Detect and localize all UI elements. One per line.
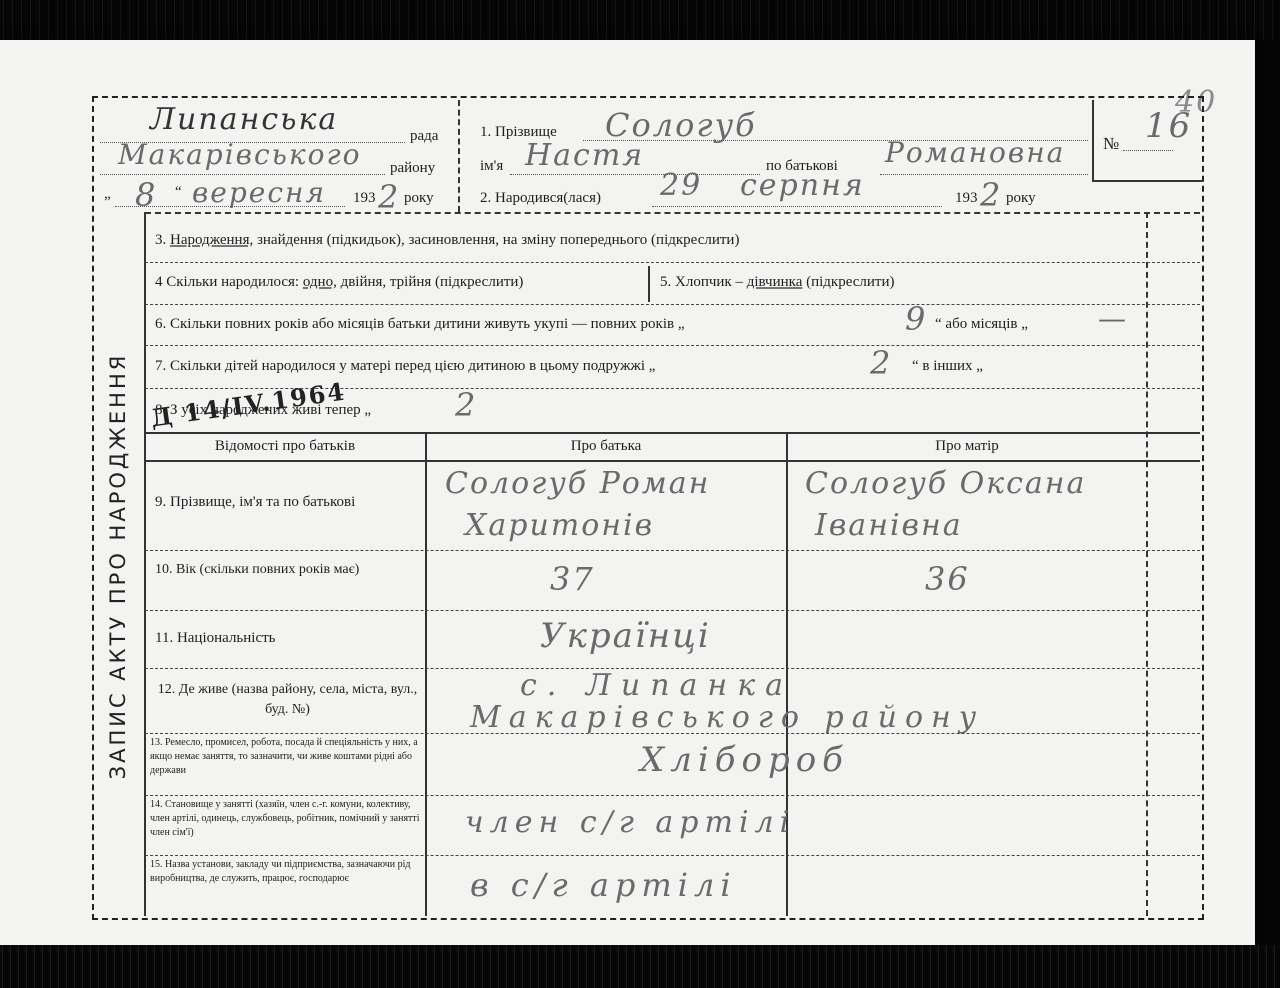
district-label: району [390, 160, 435, 177]
side-title: ЗАПИС АКТУ ПРО НАРОДЖЕННЯ [106, 353, 130, 780]
table-header-mother: Про матір [792, 438, 1142, 455]
row5-text: 5. Хлопчик – дівчинка (підкреслити) [660, 274, 895, 291]
date-line [115, 206, 345, 207]
district-value: Макарівського [118, 138, 361, 171]
name-label: ім'я [480, 158, 503, 175]
row4-prefix: 4 Скільки народилося: [155, 274, 299, 290]
row4-5-divider [648, 266, 650, 302]
record-year-suffix: 2 [378, 178, 400, 216]
row-divider [145, 432, 1200, 434]
row11-label: 11. Національність [155, 630, 276, 647]
row9-father-line1: Сологуб Роман [445, 466, 710, 501]
born-year-prefix: 193 [955, 190, 978, 207]
born-date-line [652, 206, 942, 207]
record-month: вересня [192, 176, 326, 209]
row6-label: 6. Скільки повних років або місяців бать… [155, 316, 684, 333]
record-year-prefix: 193 [353, 190, 376, 207]
row12-address-line1: с. Липанка [520, 668, 793, 703]
row15-workplace: в с/г артілі [470, 866, 737, 904]
row9-label: 9. Прізвище, ім'я та по батькові [155, 494, 355, 511]
row4-text: 4 Скільки народилося: одно, двійня, трій… [155, 274, 523, 291]
record-number-label: № [1103, 134, 1119, 154]
row14-status: член с/г артілі [465, 805, 795, 840]
record-number-line [1123, 150, 1173, 151]
row-divider [145, 345, 1200, 346]
table-col-divider [425, 432, 427, 916]
row3-text: 3. Народження, знайдення (підкидьок), за… [155, 232, 739, 249]
born-year-suffix: 2 [980, 176, 1002, 214]
row-divider [145, 610, 1200, 611]
row7-other-label: “ в інших „ [912, 358, 983, 375]
record-number-value: 16 [1145, 106, 1192, 146]
row6-months-label: “ або місяців „ [935, 316, 1028, 333]
name-line [510, 174, 760, 175]
row9-mother-line1: Сологуб Оксана [805, 466, 1086, 501]
row15-label: 15. Назва установи, закладу чи підприємс… [150, 858, 422, 886]
table-header-father: Про батька [430, 438, 782, 455]
row-divider [145, 795, 1200, 796]
row5-selected-option: дівчинка [747, 274, 803, 290]
row4-selected-option: одно, [303, 274, 337, 290]
row11-nationality: Українці [540, 616, 711, 656]
row12-label: 12. Де живе (назва району, села, міста, … [155, 680, 420, 720]
row10-mother-age: 36 [925, 560, 970, 598]
row10-label: 10. Вік (скільки повних років має) [155, 560, 420, 580]
row9-mother-line2: Іванівна [815, 508, 963, 543]
row-divider [145, 262, 1200, 263]
table-header-divider [145, 460, 1200, 462]
row10-father-age: 37 [550, 560, 595, 598]
born-month: серпня [740, 168, 865, 203]
date-quote-close: “ [175, 184, 182, 201]
row3-options: знайдення (підкидьок), засиновлення, на … [257, 232, 739, 248]
row3-selected-option: Народження, [170, 232, 253, 248]
name-value: Настя [525, 138, 644, 173]
table-header-info: Відомості про батьків [150, 438, 420, 455]
patronymic-line [880, 174, 1088, 175]
row3-num: 3. [155, 232, 166, 248]
date-quote-open: „ [104, 186, 111, 203]
header-bottom-line [145, 212, 1200, 214]
row7-label: 7. Скільки дітей народилося у матері пер… [155, 358, 655, 375]
row6-months-value: — [1098, 302, 1128, 335]
district-line [100, 174, 385, 175]
patronymic-value: Романовна [885, 136, 1065, 169]
scan-background-top [0, 0, 1280, 40]
row6-years-value: 9 [905, 300, 927, 338]
row-divider [145, 304, 1200, 305]
council-value: Липанська [150, 102, 338, 137]
record-day: 8 [135, 176, 157, 214]
right-margin-column [1146, 212, 1148, 916]
row8-value: 2 [455, 386, 477, 424]
row12-address-line2: Макарівського району [470, 700, 984, 735]
row14-label: 14. Становище у занятті (хазяїн, член с.… [150, 798, 422, 840]
row-divider [145, 550, 1200, 551]
council-label: рада [410, 128, 438, 145]
row13-label: 13. Ремесло, промисел, робота, посада й … [150, 736, 422, 778]
row-divider [145, 855, 1200, 856]
header-divider [458, 100, 460, 212]
row4-options: двійня, трійня (підкреслити) [341, 274, 524, 290]
row7-value: 2 [870, 344, 892, 382]
row13-occupation: Хлібороб [640, 740, 849, 780]
row5-options: (підкреслити) [806, 274, 894, 290]
row5-prefix: 5. Хлопчик – [660, 274, 743, 290]
row-divider [145, 733, 1200, 734]
born-year-label: року [1006, 190, 1036, 207]
record-year-label: року [404, 190, 434, 207]
born-label: 2. Народився(лася) [480, 190, 601, 207]
row9-father-line2: Харитонів [465, 508, 654, 543]
born-day: 29 [660, 168, 702, 203]
scan-background-bottom [0, 945, 1280, 988]
